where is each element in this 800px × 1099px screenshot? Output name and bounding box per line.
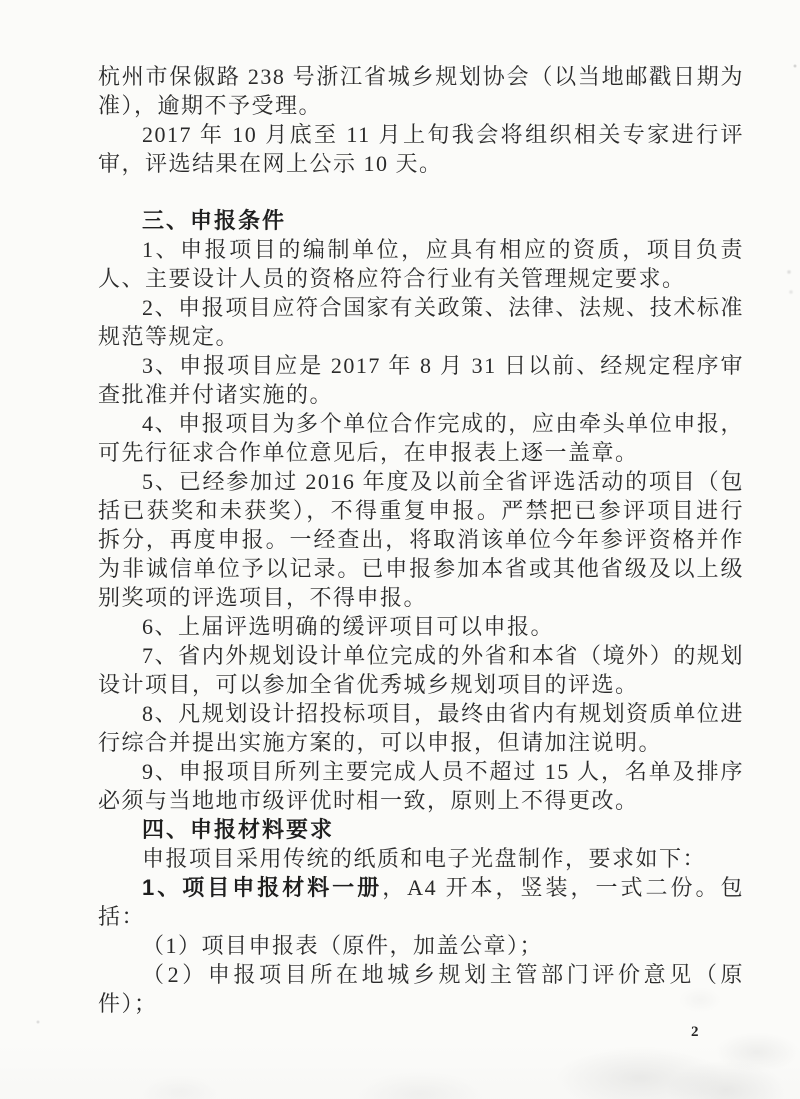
paragraph-condition-7: 7、省内外规划设计单位完成的外省和本省（境外）的规划设计项目，可以参加全省优秀城… xyxy=(98,641,744,699)
paragraph-material-intro: 申报项目采用传统的纸质和电子光盘制作，要求如下： xyxy=(98,844,744,873)
paragraph-material-sub-2: （2）申报项目所在地城乡规划主管部门评价意见（原件）； xyxy=(98,960,744,1018)
paragraph-material-sub-1: （1）项目申报表（原件，加盖公章）； xyxy=(98,931,744,960)
paragraph-condition-9: 9、申报项目所列主要完成人员不超过 15 人，名单及排序必须与当地地市级评优时相… xyxy=(98,757,744,815)
paragraph-condition-3: 3、申报项目应是 2017 年 8 月 31 日以前、经规定程序审查批准并付诸实… xyxy=(98,351,744,409)
paragraph-condition-4: 4、申报项目为多个单位合作完成的，应由牵头单位申报，可先行征求合作单位意见后，在… xyxy=(98,409,744,467)
page-number: 2 xyxy=(691,1024,699,1041)
paragraph-material-item-1: 1、项目申报材料一册，A4 开本，竖装，一式二份。包括： xyxy=(98,873,744,931)
paragraph-condition-5: 5、已经参加过 2016 年度及以前全省评选活动的项目（包括已获奖和未获奖），不… xyxy=(98,467,744,612)
document-body-text: 杭州市保俶路 238 号浙江省城乡规划协会（以当地邮戳日期为准），逾期不予受理。… xyxy=(98,62,744,1018)
paragraph-mailing-deadline: 杭州市保俶路 238 号浙江省城乡规划协会（以当地邮戳日期为准），逾期不予受理。 xyxy=(98,62,744,120)
paragraph-condition-8: 8、凡规划设计招投标项目，最终由省内有规划资质单位进行综合并提出实施方案的，可以… xyxy=(98,699,744,757)
section-heading-material-requirements: 四、申报材料要求 xyxy=(98,815,744,844)
paragraph-review-schedule: 2017 年 10 月底至 11 月上旬我会将组织相关专家进行评审，评选结果在网… xyxy=(98,120,744,178)
section-heading-application-conditions: 三、申报条件 xyxy=(98,206,744,235)
paragraph-condition-2: 2、申报项目应符合国家有关政策、法律、法规、技术标准规范等规定。 xyxy=(98,293,744,351)
material-item-1-bold-lead: 1、项目申报材料一册 xyxy=(142,875,382,900)
paragraph-condition-6: 6、上届评选明确的缓评项目可以申报。 xyxy=(98,612,744,641)
paragraph-condition-1: 1、申报项目的编制单位，应具有相应的资质，项目负责人、主要设计人员的资格应符合行… xyxy=(98,235,744,293)
